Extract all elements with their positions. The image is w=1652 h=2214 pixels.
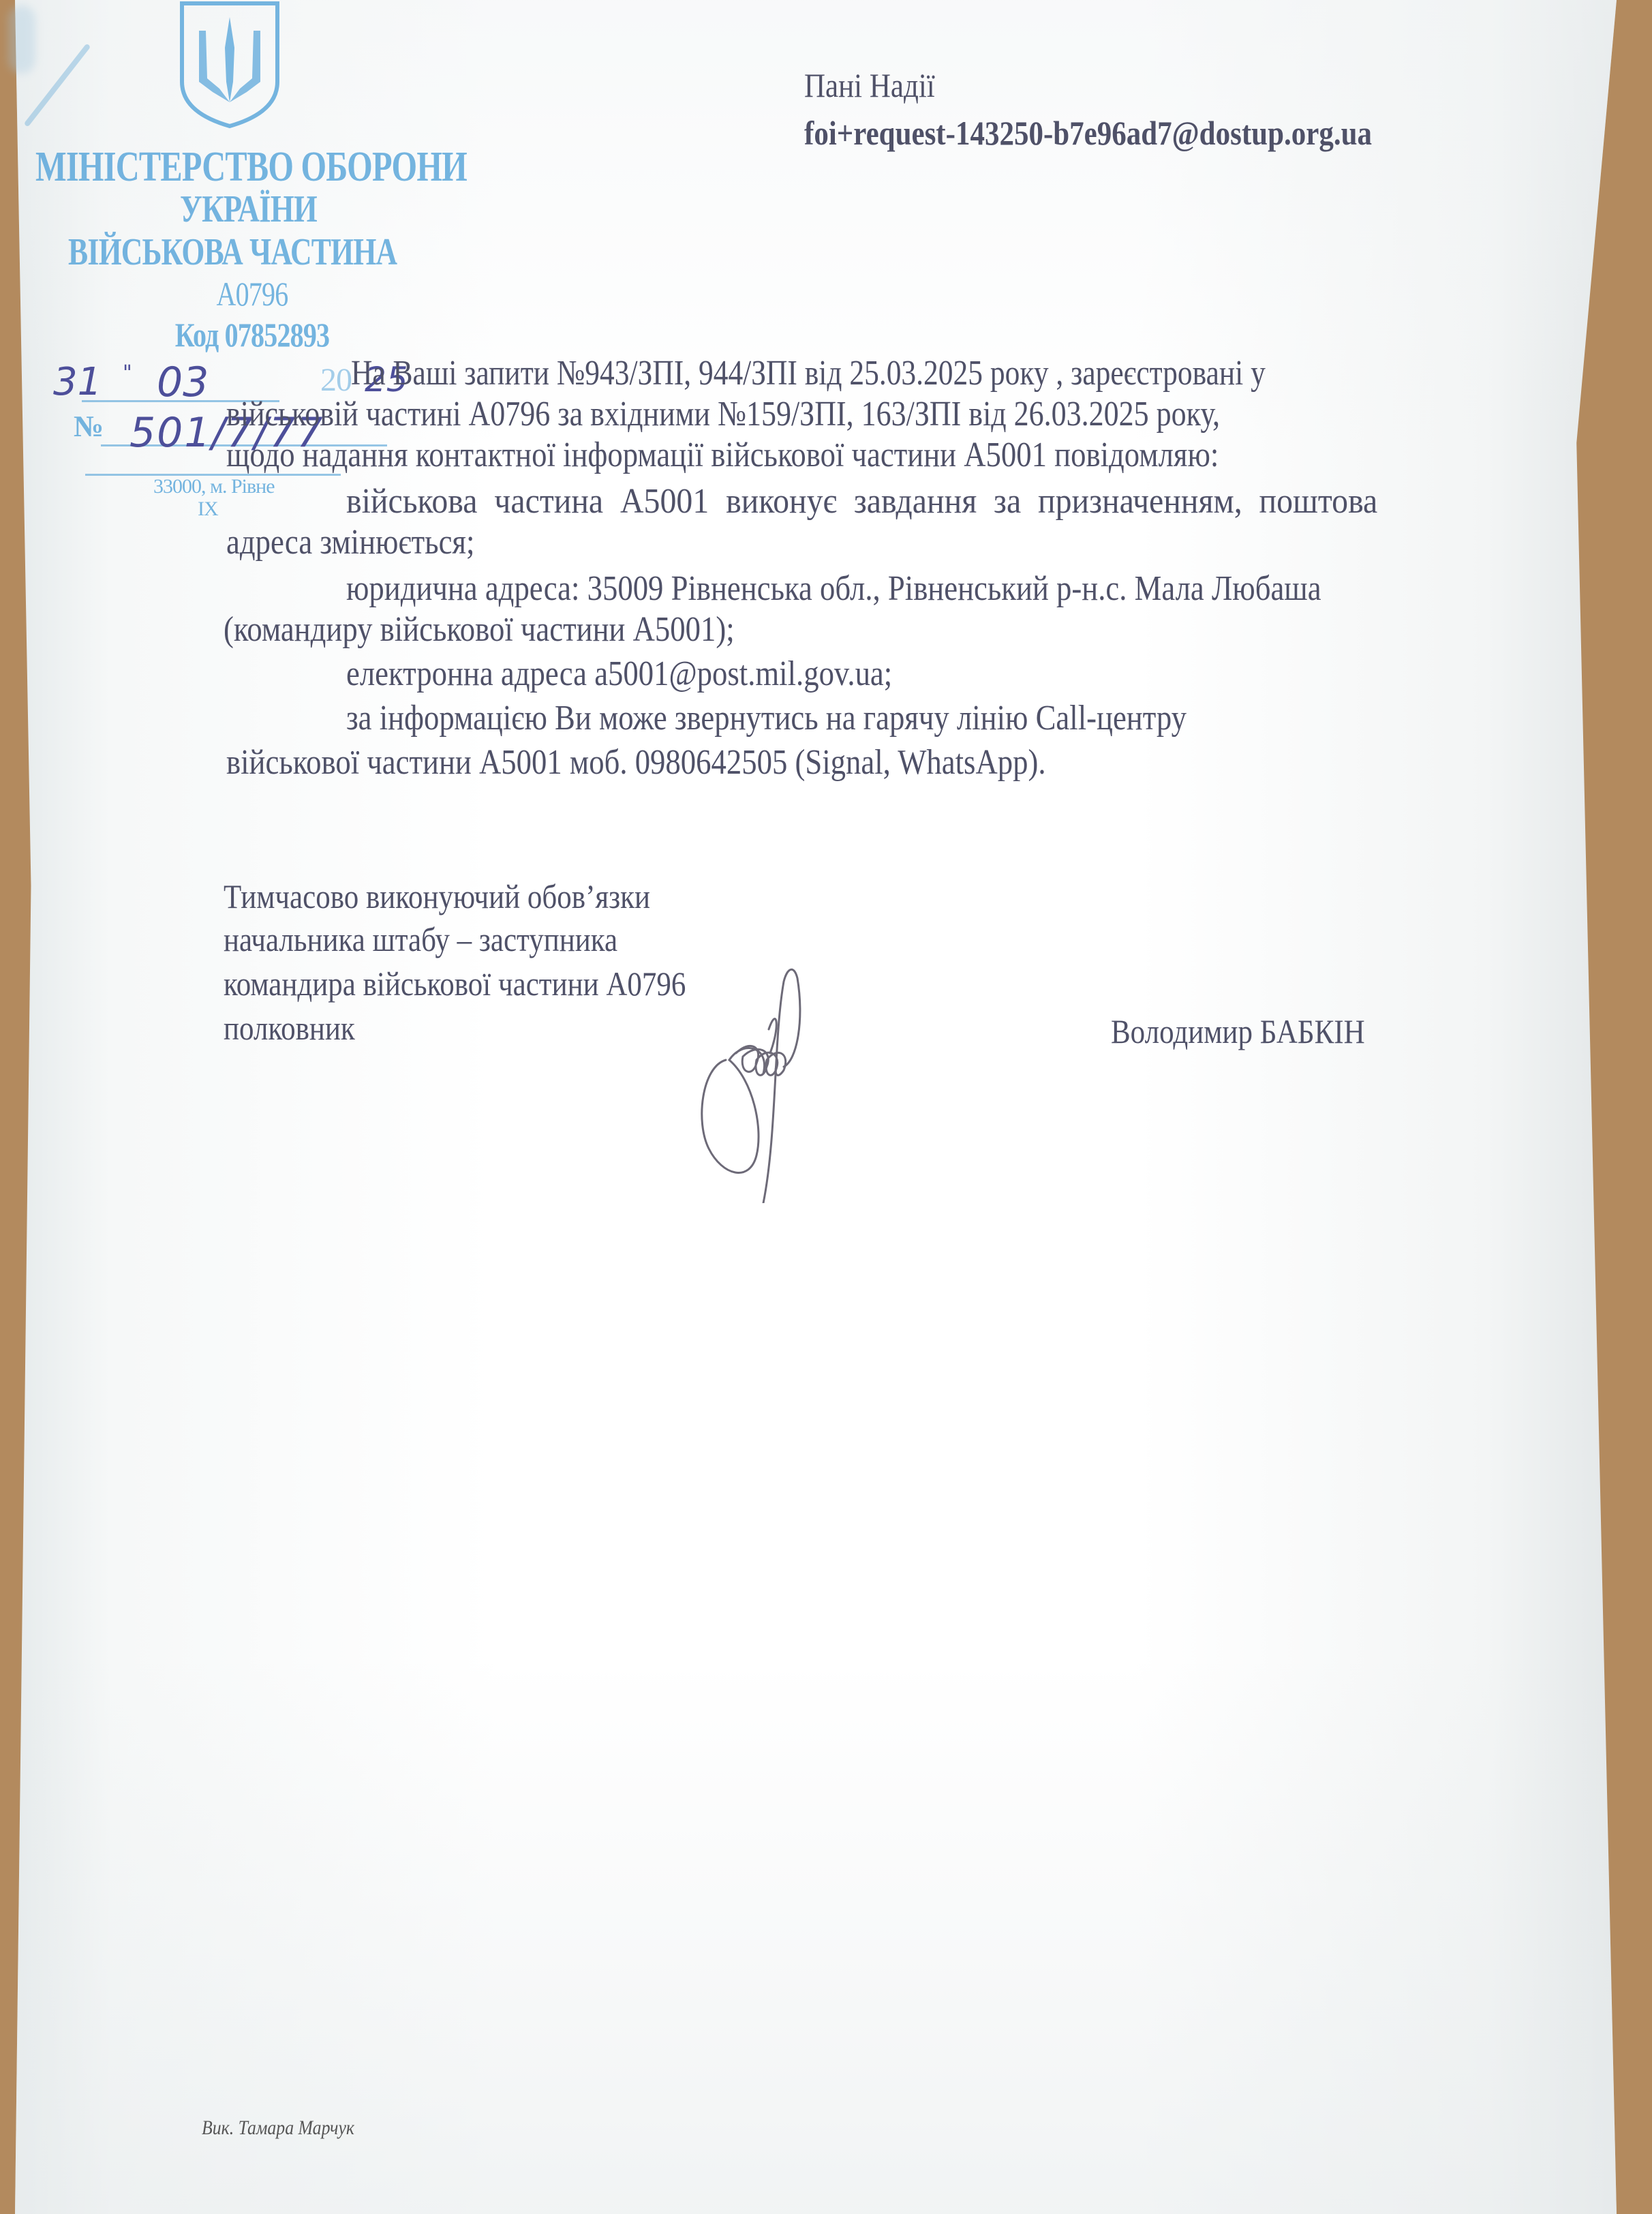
body-para1-line2: військовій частині А0796 за вхідними №15…: [226, 397, 1220, 432]
signatory-name: Володимир БАБКІН: [1111, 1014, 1365, 1048]
executor-name: Вик. Тамара Марчук: [202, 2117, 354, 2140]
body-para3-line2: (командиру військової частини А5001);: [224, 612, 735, 648]
body-para4-line1: електронна адреса a5001@post.mil.gov.ua;: [346, 656, 892, 692]
signatory-title-line3: командира військової частини А0796: [224, 967, 686, 1001]
ukraine-trident-icon: [179, 0, 281, 130]
signatory-title-line2: начальника штабу – заступника: [224, 922, 617, 956]
handwritten-quote: ": [123, 361, 132, 385]
ink-smudge: [8, 5, 35, 74]
stamp-country: УКРАЇНИ: [180, 187, 311, 231]
body-para1-line1: На Ваші запити №943/ЗПІ, 944/ЗПІ від 25.…: [351, 356, 1266, 391]
signatory-rank: полковник: [224, 1011, 355, 1045]
addressee-name: Пані Надії: [804, 68, 935, 102]
stamp-code: Код 07852893: [170, 315, 334, 354]
body-para2-line2: адреса змінюється;: [226, 525, 474, 560]
stamp-ministry: МІНІСТЕРСТВО ОБОРОНИ: [35, 143, 365, 192]
handwritten-month: 03: [157, 359, 209, 406]
handwritten-day: 31: [53, 360, 102, 404]
body-para1-line3: щодо надання контактної інформації війсь…: [226, 438, 1219, 473]
body-para2-line1: військова частина А5001 виконує завдання…: [346, 484, 1377, 519]
stamp-number-label: №: [74, 409, 103, 444]
body-para3-line1: юридична адреса: 35009 Рівненська обл., …: [346, 571, 1321, 607]
stamp-unit-label: ВІЙСЬКОВА ЧАСТИНА: [68, 230, 366, 274]
handwritten-signature: [688, 965, 947, 1203]
stamp-year-prefix: 20: [320, 361, 352, 399]
stamp-city-line2: ІХ: [198, 498, 218, 521]
body-para5-line1: за інформацією Ви може звернутись на гар…: [346, 701, 1187, 736]
stamp-unit-number: А0796: [209, 274, 296, 314]
signatory-title-line1: Тимчасово виконуючий обов’язки: [224, 879, 650, 913]
body-para5-line2: військової частини А5001 моб. 0980642505…: [226, 745, 1046, 780]
stamp-city: 33000, м. Рівне: [153, 475, 275, 498]
addressee-email: foi+request-143250-b7e96ad7@dostup.org.u…: [804, 116, 1372, 150]
